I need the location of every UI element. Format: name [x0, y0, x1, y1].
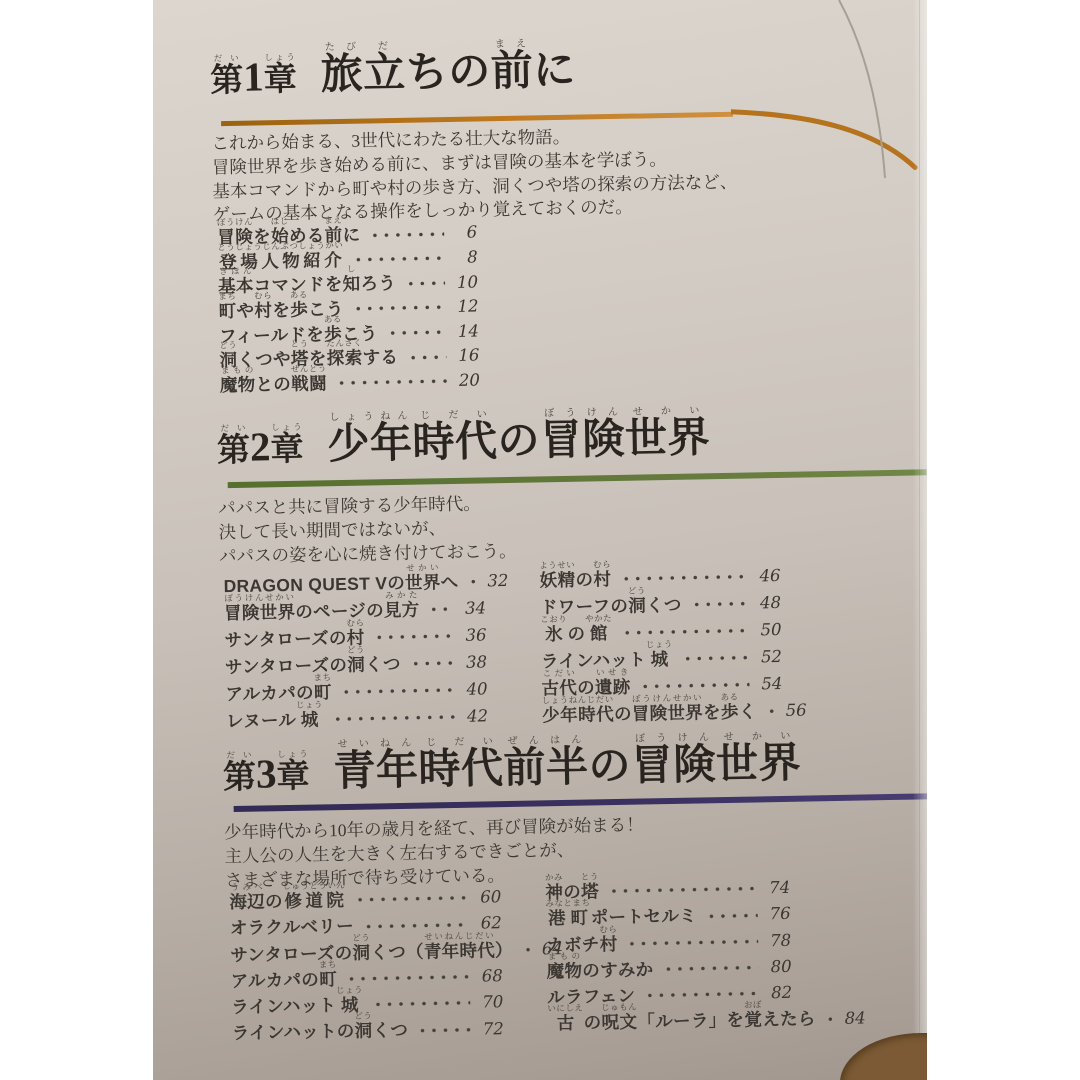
toc-page-number: 76: [764, 905, 791, 924]
toc-leader-dots: [346, 970, 470, 986]
chapter-rule: [228, 469, 927, 488]
chapter-number: 第だい2章しょう: [217, 422, 304, 469]
toc-leader-dots: [706, 908, 758, 923]
chapter-2-section: 第だい2章しょう 少年しょうねん時代じだいの冒険ぼうけん世界せかい パパスと共に…: [153, 401, 925, 415]
toc-page-number: 80: [764, 958, 791, 977]
toc-column-right: 妖精ようせいの村むら46ドワーフの洞どうくつ48氷こおりの館やかた50ラインハッ…: [539, 558, 783, 724]
toc-leader-dots: [374, 629, 454, 644]
chapter-title: 少年しょうねん時代じだいの冒険ぼうけん世界せかい: [327, 405, 711, 466]
chapter-number: 第だい1章しょう: [210, 52, 297, 99]
toc-leader-dots: [766, 704, 774, 718]
toc-label: ラインハット城じょう: [541, 639, 674, 671]
toc-label: 古いにしえの呪文じゅもん「ルーラ」を覚おぼえたら: [547, 999, 816, 1033]
toc-label: 魔物まものとの戦闘せんとう: [220, 363, 328, 394]
chapter-header: 第だい3章しょう 青年せいねん時代じだい前半ぜんはんの冒険ぼうけん世界せかい: [222, 731, 801, 796]
toc-leader-dots: [626, 934, 758, 950]
chapter-header: 第だい2章しょう 少年しょうねん時代じだいの冒険ぼうけん世界せかい: [216, 405, 710, 468]
toc-page-number: 16: [452, 347, 479, 366]
toc-leader-dots: [336, 374, 447, 390]
toc-leader-dots: [691, 597, 748, 612]
toc-label: 魔物まもののすみか: [546, 949, 653, 980]
toc-label: サンタローズの洞どうくつ（青年時代せいねんじだい）: [230, 929, 513, 964]
toc-page-number: 84: [839, 1009, 866, 1028]
toc-page-number: 56: [779, 701, 806, 720]
toc-page-number: 8: [450, 249, 477, 268]
chapter-description: これから始まる、3世代にわたる壮大な物語。冒険世界を歩き始める前に、まずは冒険の…: [211, 123, 738, 228]
toc-entry: レヌール城じょう42: [226, 698, 488, 730]
toc-page-number: 6: [450, 224, 477, 243]
toc-page-number: 72: [477, 1020, 504, 1039]
chapter-number: 第だい3章しょう: [223, 749, 310, 796]
toc-label: 港町みなとまちポートセルミ: [545, 896, 697, 928]
toc-leader-dots: [620, 570, 747, 586]
toc-page-number: 34: [459, 599, 486, 618]
toc-page-number: 48: [754, 594, 781, 613]
toc-page-number: 40: [460, 680, 487, 699]
toc-page-number: 68: [476, 967, 503, 986]
toc-leader-dots: [682, 651, 749, 666]
toc-page-number: 38: [460, 653, 487, 672]
toc-label: 海辺うみべの修道院しゅうどういん: [229, 880, 346, 912]
toc-page-number: 52: [755, 648, 782, 667]
toc-label: 少年時代しょうねんじだいの冒険世界ぼうけんせかいを歩あるく: [542, 691, 757, 724]
page-right-edge-highlight: [913, 0, 927, 1080]
toc-page-number: 32: [481, 572, 508, 591]
toc-leader-dots: [522, 943, 530, 957]
toc-page-number: 60: [474, 888, 501, 907]
book-page-photo: 第だい1章しょう 旅たび立だちの前まえに これから始まる、3世代にわたる壮大な物…: [153, 0, 927, 1080]
chapter-header: 第だい1章しょう 旅たび立だちの前まえに: [210, 38, 577, 99]
toc-page-number: 78: [764, 932, 791, 951]
toc-leader-dots: [369, 227, 444, 242]
toc-page-number: 36: [459, 626, 486, 645]
toc-leader-dots: [467, 575, 475, 589]
toc-page-number: 14: [452, 322, 479, 341]
toc-entry: 魔物まものとの戦闘せんとう20: [220, 365, 480, 394]
toc-entry: ラインハットの洞どうくつ72: [231, 1012, 503, 1043]
chapter-title: 旅たび立だちの前まえに: [320, 38, 576, 97]
toc-label: 氷こおりの館やかた: [540, 613, 612, 644]
toc-page-number: 74: [763, 879, 790, 898]
toc-leader-dots: [621, 624, 748, 640]
toc-label: ラインハットの洞どうくつ: [231, 1010, 408, 1043]
toc-column-left: DRAGON QUEST Vの世界せかいへ32冒険世界ぼうけんせかいのページの見…: [223, 563, 488, 730]
toc-page-number: 12: [451, 298, 478, 317]
toc-entry: 古いにしえの呪文じゅもん「ルーラ」を覚おぼえたら84: [547, 1002, 792, 1033]
toc-leader-dots: [355, 891, 469, 907]
toc-leader-dots: [407, 350, 446, 365]
toc-label: ドワーフの洞どうくつ: [540, 584, 682, 616]
chapter-title: 青年せいねん時代じだい前半ぜんはんの冒険ぼうけん世界せかい: [333, 731, 802, 794]
toc-page-number: 70: [476, 993, 503, 1012]
chapter-1-section: 第だい1章しょう 旅たび立だちの前まえに これから始まる、3世代にわたる壮大な物…: [153, 31, 919, 45]
toc-column: 冒険ぼうけんを始はじめる前まえに6登場人物紹介とうじょうじんぶつしょうかい8基本…: [217, 217, 480, 394]
page-edge-curl-line: [807, 0, 927, 185]
toc-leader-dots: [372, 996, 470, 1012]
toc-entry: 少年時代しょうねんじだいの冒険世界ぼうけんせかいを歩あるく56: [542, 693, 783, 724]
chapter-rule: [234, 793, 927, 812]
toc-page-number: 42: [461, 707, 488, 726]
chapter-description: パパスと共に冒険する少年時代。決して長い期間ではないが、パパスの姿を心に焼き付け…: [218, 492, 517, 569]
toc-page-number: 50: [754, 621, 781, 640]
toc-page-number: 46: [753, 567, 780, 586]
toc-leader-dots: [662, 961, 758, 977]
chapter-3-section: 第だい3章しょう 青年せいねん時代じだい前半ぜんはんの冒険ぼうけん世界せかい 少…: [157, 728, 927, 742]
toc-label: レヌール城じょう: [226, 699, 324, 730]
toc-column-left: 海辺うみべの修道院しゅうどういん60オラクルベリー62サンタローズの洞どうくつ（…: [229, 880, 504, 1043]
toc-leader-dots: [341, 683, 455, 699]
toc-page-number: 20: [453, 371, 480, 390]
toc-page-number: 54: [755, 675, 782, 694]
toc-leader-dots: [417, 1023, 471, 1038]
toc-leader-dots: [825, 1012, 833, 1026]
toc-leader-dots: [405, 276, 445, 291]
toc-page-number: 10: [451, 273, 478, 292]
toc-column-right: 神かみの塔とう74港町みなとまちポートセルミ76カボチ村むら78魔物まもののすみ…: [545, 871, 793, 1033]
page-right-edge-line: [919, 0, 920, 1080]
toc-leader-dots: [428, 602, 453, 616]
toc-leader-dots: [332, 710, 455, 726]
toc-label: 妖精ようせいの村むら: [539, 559, 611, 590]
toc-leader-dots: [410, 656, 454, 671]
